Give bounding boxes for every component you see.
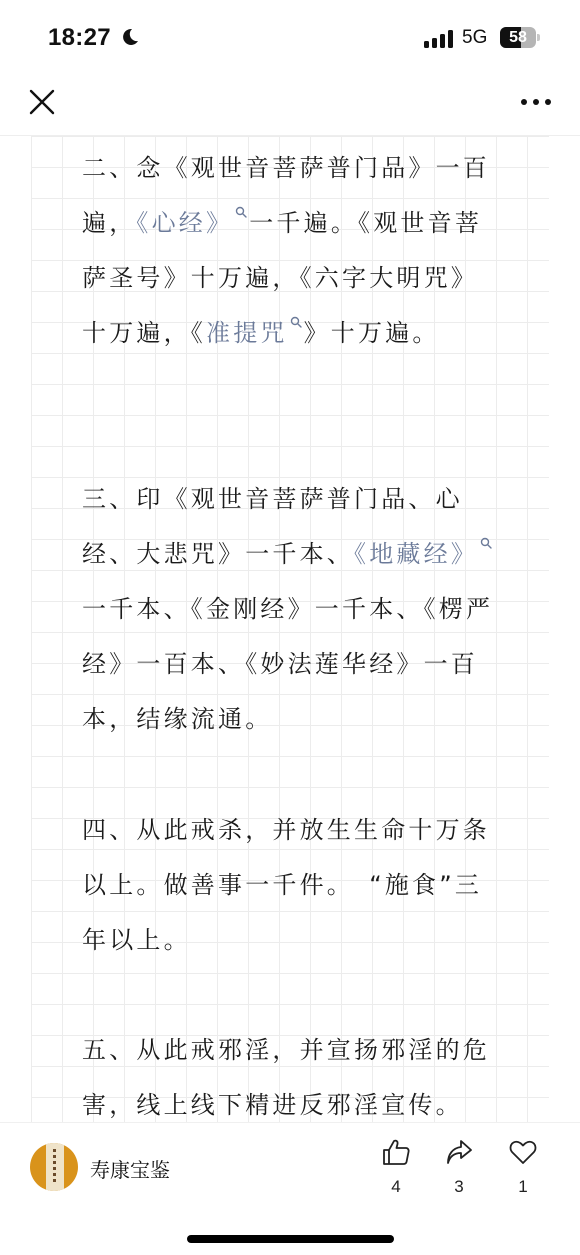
battery-icon: 58 — [500, 27, 540, 48]
nav-bar — [0, 72, 580, 134]
like-count: 4 — [376, 1177, 416, 1197]
share-arrow-icon — [444, 1137, 474, 1167]
battery-level: 58 — [500, 27, 536, 48]
paragraph-3: 三、印《观世音菩萨普门品、心经、大悲咒》一千本、《地藏经》一千本、《金刚经》一千… — [82, 472, 500, 747]
link-xinjing[interactable]: 《心经》 — [136, 209, 233, 237]
author-name[interactable]: 寿康宝鉴 — [90, 1154, 170, 1183]
like-button[interactable]: 4 — [376, 1137, 416, 1197]
search-icon[interactable] — [235, 206, 247, 218]
link-zhuntizhou[interactable]: 准提咒 — [206, 319, 288, 347]
link-dizangjing[interactable]: 《地藏经》 — [354, 540, 478, 568]
paragraph-5: 五、从此戒邪淫，并宣扬邪淫的危害，线上线下精进反邪淫宣传。 — [82, 1023, 500, 1122]
favorite-count: 1 — [503, 1177, 543, 1197]
network-type: 5G — [462, 27, 487, 49]
share-button[interactable]: 3 — [439, 1137, 479, 1197]
moon-icon — [120, 27, 140, 47]
search-icon[interactable] — [290, 316, 302, 328]
status-bar: 18:27 5G 58 — [0, 0, 580, 70]
text-segment: 一千本、《金刚经》一千本、《楞严经》一百本、《妙法莲华经》一百本，结缘流通。 — [82, 595, 493, 733]
more-icon[interactable] — [518, 94, 554, 110]
search-icon[interactable] — [480, 537, 492, 549]
paragraph-4: 四、从此戒杀，并放生生命十万条以上。做善事一千件。 “施食”三年以上。 — [82, 803, 500, 968]
close-icon[interactable] — [26, 86, 58, 118]
heart-icon — [508, 1137, 538, 1167]
paragraph-2: 二、念《观世音菩萨普门品》一百遍，《心经》一千遍。《观世音菩萨圣号》十万遍，《六… — [82, 141, 500, 361]
status-time: 18:27 — [48, 24, 111, 52]
share-count: 3 — [439, 1177, 479, 1197]
article-body[interactable]: 二、念《观世音菩萨普门品》一百遍，《心经》一千遍。《观世音菩萨圣号》十万遍，《六… — [0, 136, 580, 1122]
home-indicator[interactable] — [187, 1235, 394, 1243]
favorite-button[interactable]: 1 — [503, 1137, 543, 1197]
thumbs-up-icon — [381, 1137, 411, 1167]
text-segment: 》十万遍。 — [304, 319, 440, 347]
signal-icon — [424, 30, 454, 48]
avatar[interactable] — [30, 1143, 78, 1191]
